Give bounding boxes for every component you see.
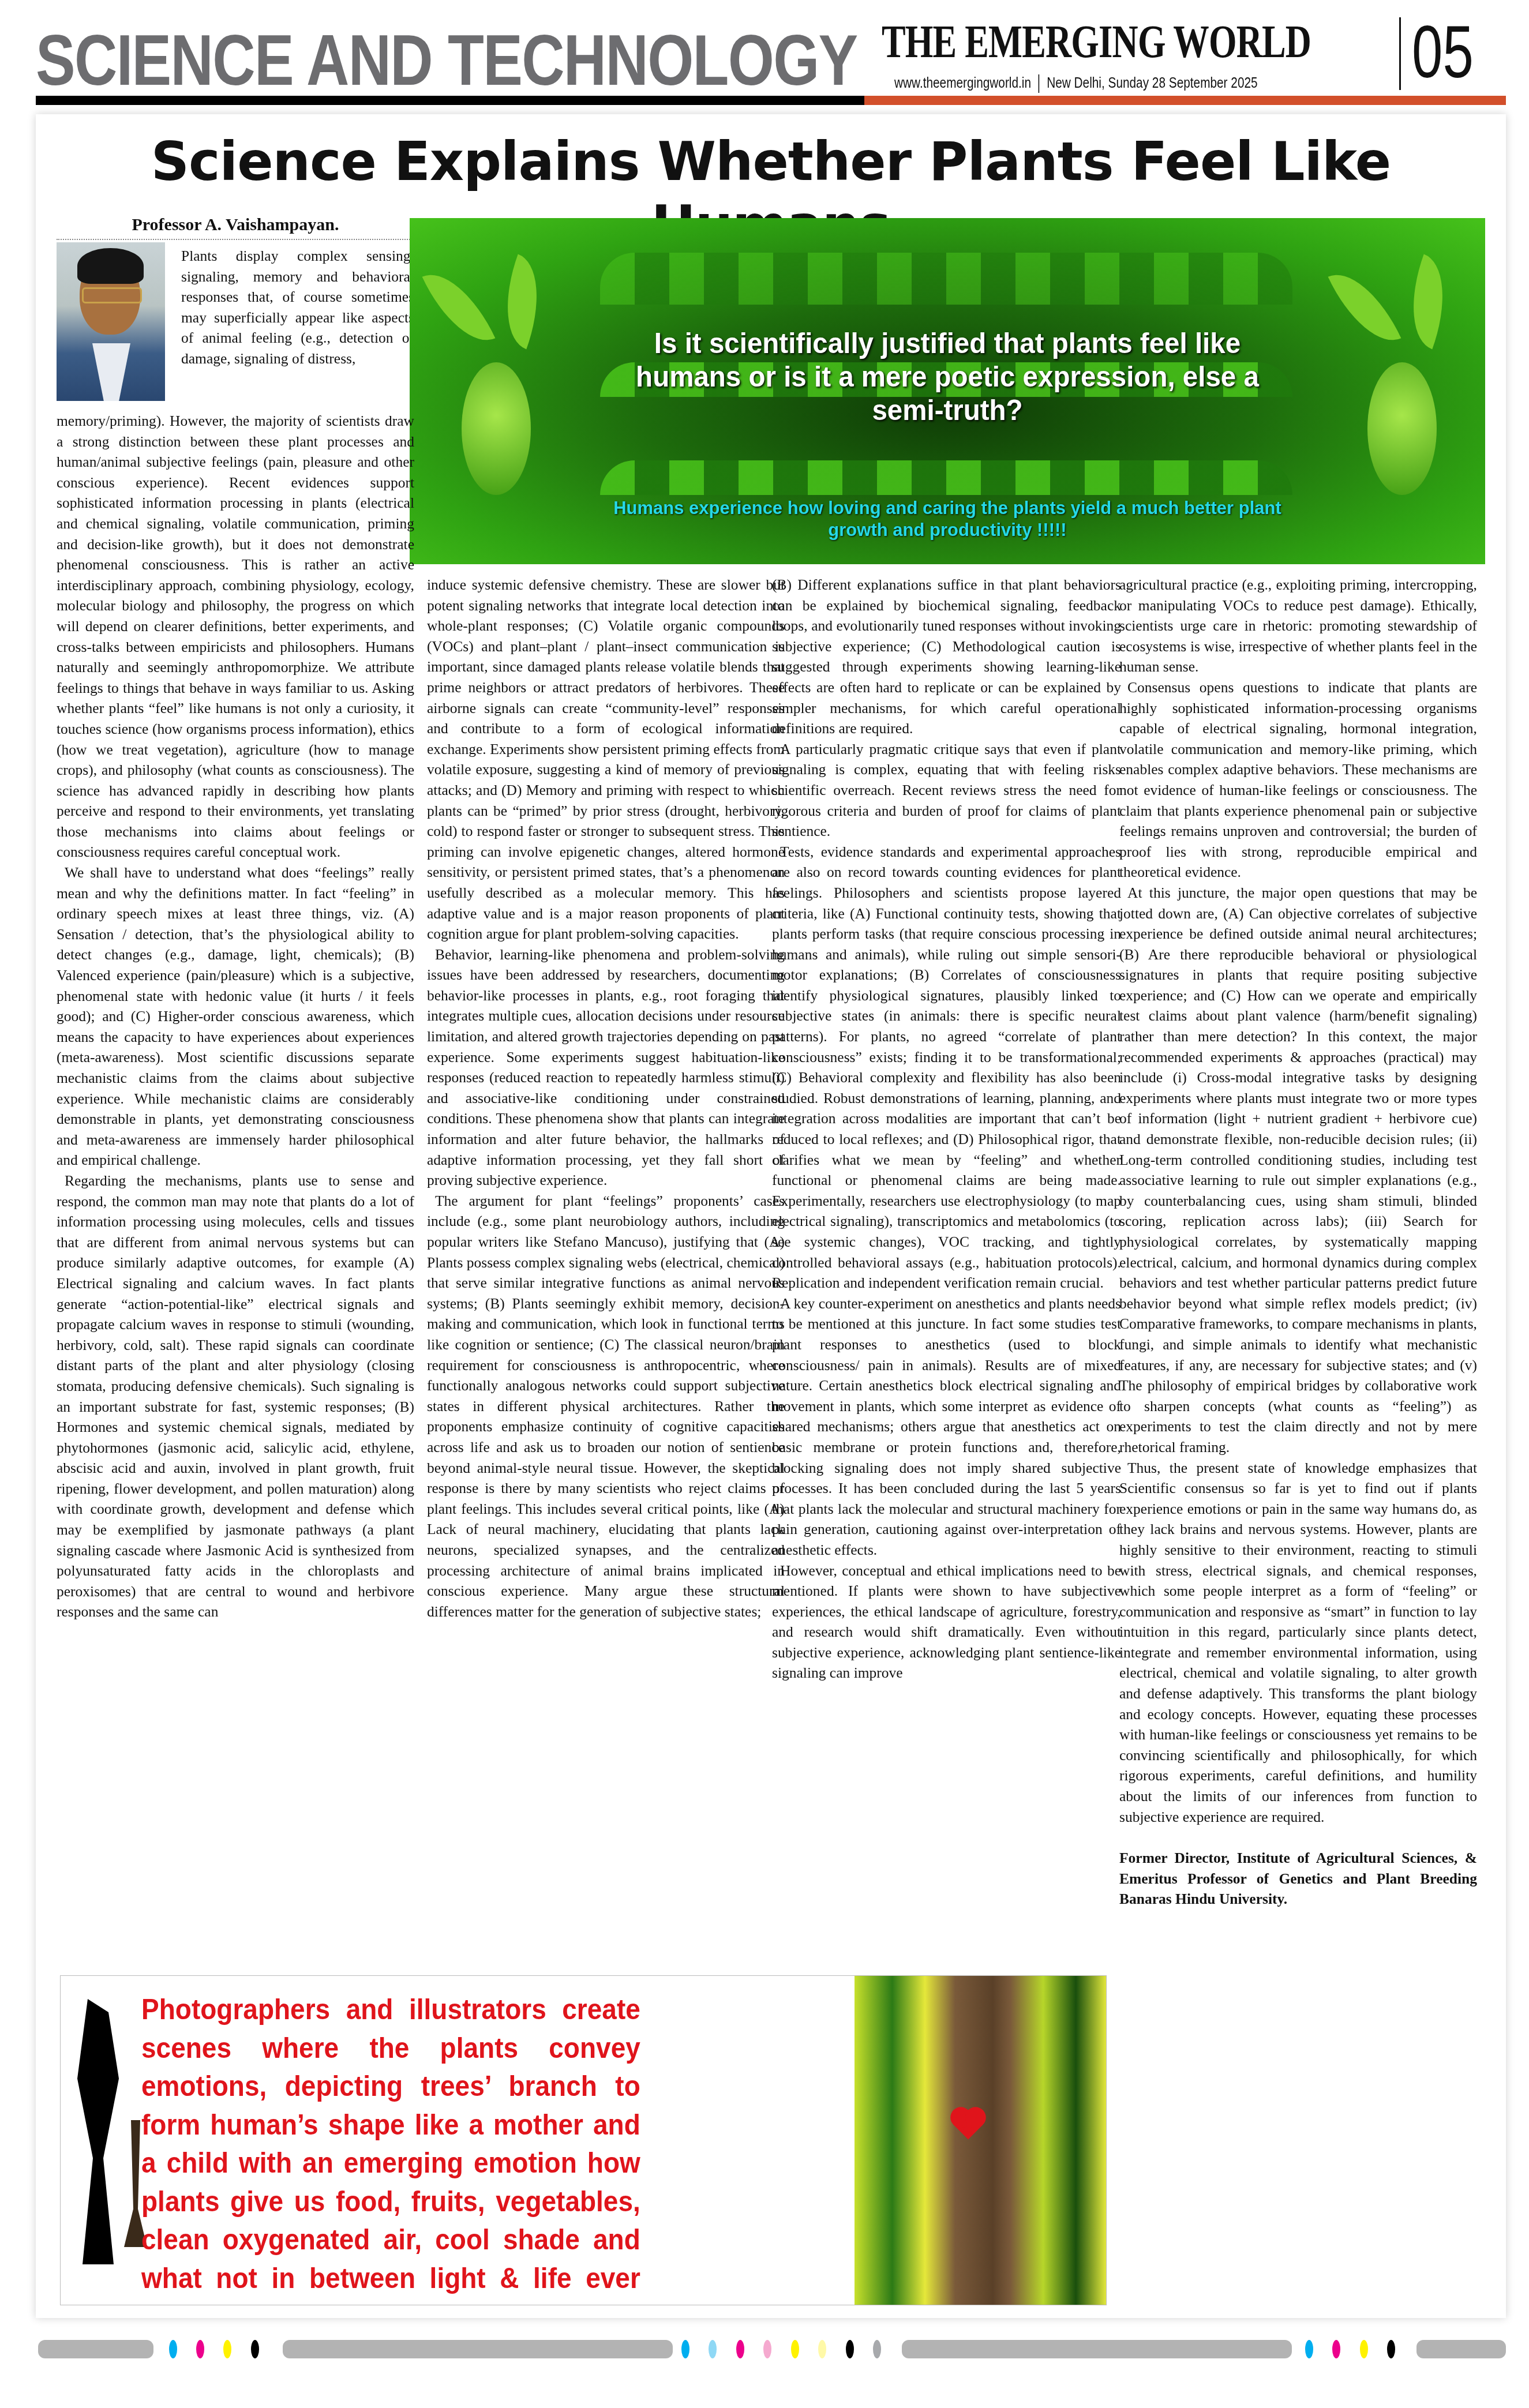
author-bio: Former Director, Institute of Agricultur… [1119, 1848, 1477, 1910]
paragraph: However, conceptual and ethical implicat… [772, 1561, 1121, 1684]
paragraph: Behavior, learning-like phenomena and pr… [427, 944, 785, 1191]
paragraph: Regarding the mechanisms, plants use to … [57, 1171, 414, 1622]
registration-bar-segment [902, 2340, 1292, 2358]
photo-shirt [92, 343, 130, 401]
paragraph: A key counter-experiment on anesthetics … [772, 1293, 1121, 1561]
hero-leaf-row [600, 460, 1292, 495]
paragraph: Plants display complex sensing, signalin… [181, 246, 414, 369]
header-rule-black [36, 96, 864, 105]
newspaper-name: THE EMERGING WORLD [882, 17, 1311, 67]
registration-dot-black [251, 2340, 259, 2358]
website-link[interactable]: www.theemergingworld.in [894, 74, 1031, 91]
registration-dot-cyan [681, 2340, 689, 2358]
registration-dot-magenta [1332, 2340, 1340, 2358]
registration-dot-light-yellow [818, 2340, 826, 2358]
leaf-shape [1394, 254, 1461, 350]
hero-image: Is it scientifically justified that plan… [410, 218, 1485, 564]
meta-divider [1039, 74, 1040, 93]
paragraph: memory/priming). However, the majority o… [57, 411, 414, 862]
paragraph: We shall have to understand what does “f… [57, 862, 414, 1171]
tree-hug-photo [855, 1976, 1106, 2305]
page-number-divider [1399, 17, 1401, 90]
tree-mother-silhouette [72, 1999, 124, 2264]
registration-bar-segment [38, 2340, 153, 2358]
author-byline: Professor A. Vaishampayan. [57, 213, 414, 240]
column-1-intro: Plants display complex sensing, signalin… [181, 246, 414, 369]
page-number: 05 [1412, 15, 1474, 90]
paragraph: A particularly pragmatic critique says t… [772, 739, 1121, 842]
registration-dot-cyan [1305, 2340, 1313, 2358]
dateline: New Delhi, Sunday 28 September 2025 [1047, 74, 1257, 91]
registration-dot-magenta [196, 2340, 204, 2358]
column-4: agricultural practice (e.g., exploiting … [1119, 575, 1477, 1910]
paragraph: induce systemic defensive chemistry. The… [427, 575, 785, 944]
registration-dot-magenta [736, 2340, 744, 2358]
paper-meta: www.theemergingworld.inNew Delhi, Sunday… [894, 74, 1258, 93]
photo-glasses [82, 287, 142, 303]
illustration-banner: Photographers and illustrators create sc… [60, 1975, 1107, 2305]
hero-subtext: Humans experience how loving and caring … [583, 497, 1312, 541]
paragraph: Consensus opens questions to indicate th… [1119, 677, 1477, 883]
header-rule-orange [864, 96, 1506, 105]
section-title: SCIENCE AND TECHNOLOGY [36, 23, 857, 98]
registration-bar-segment [1416, 2340, 1506, 2358]
registration-bar-segment [283, 2340, 673, 2358]
column-3: (B) Different explanations suffice in th… [772, 575, 1121, 1683]
sad-face-shape [462, 362, 531, 495]
paragraph: At this juncture, the major open questio… [1119, 883, 1477, 1458]
hero-leaf-row [600, 253, 1292, 305]
author-photo [57, 242, 165, 401]
paragraph: The argument for plant “feelings” propon… [427, 1191, 785, 1622]
paragraph: Thus, the present state of knowledge emp… [1119, 1458, 1477, 1828]
photo-hair [77, 248, 144, 284]
registration-dot-gray [873, 2340, 881, 2358]
registration-dot-yellow [791, 2340, 799, 2358]
sad-face-shape [1367, 362, 1437, 495]
paragraph: agricultural practice (e.g., exploiting … [1119, 575, 1477, 677]
leaf-shape [422, 260, 496, 355]
registration-dot-black [846, 2340, 854, 2358]
sprout-character-right [1327, 253, 1477, 564]
masthead: SCIENCE AND TECHNOLOGY THE EMERGING WORL… [36, 17, 1506, 98]
registration-dot-yellow [1360, 2340, 1368, 2358]
article: Science Explains Whether Plants Feel Lik… [36, 114, 1506, 2318]
banner-caption: Photographers and illustrators create sc… [141, 1990, 640, 2305]
leaf-shape [1328, 260, 1401, 355]
registration-dot-cyan [169, 2340, 177, 2358]
sprout-character-left [421, 253, 571, 564]
leaf-shape [488, 254, 556, 350]
print-registration-bar [0, 2340, 1529, 2358]
hero-question: Is it scientifically justified that plan… [601, 327, 1294, 427]
registration-dot-light-magenta [763, 2340, 771, 2358]
paragraph: Tests, evidence standards and experiment… [772, 842, 1121, 1293]
column-1: memory/priming). However, the majority o… [57, 411, 414, 1622]
registration-dot-yellow [223, 2340, 231, 2358]
registration-dot-black [1387, 2340, 1395, 2358]
registration-dot-light-cyan [709, 2340, 717, 2358]
column-2: induce systemic defensive chemistry. The… [427, 575, 785, 1622]
paragraph: (B) Different explanations suffice in th… [772, 575, 1121, 739]
